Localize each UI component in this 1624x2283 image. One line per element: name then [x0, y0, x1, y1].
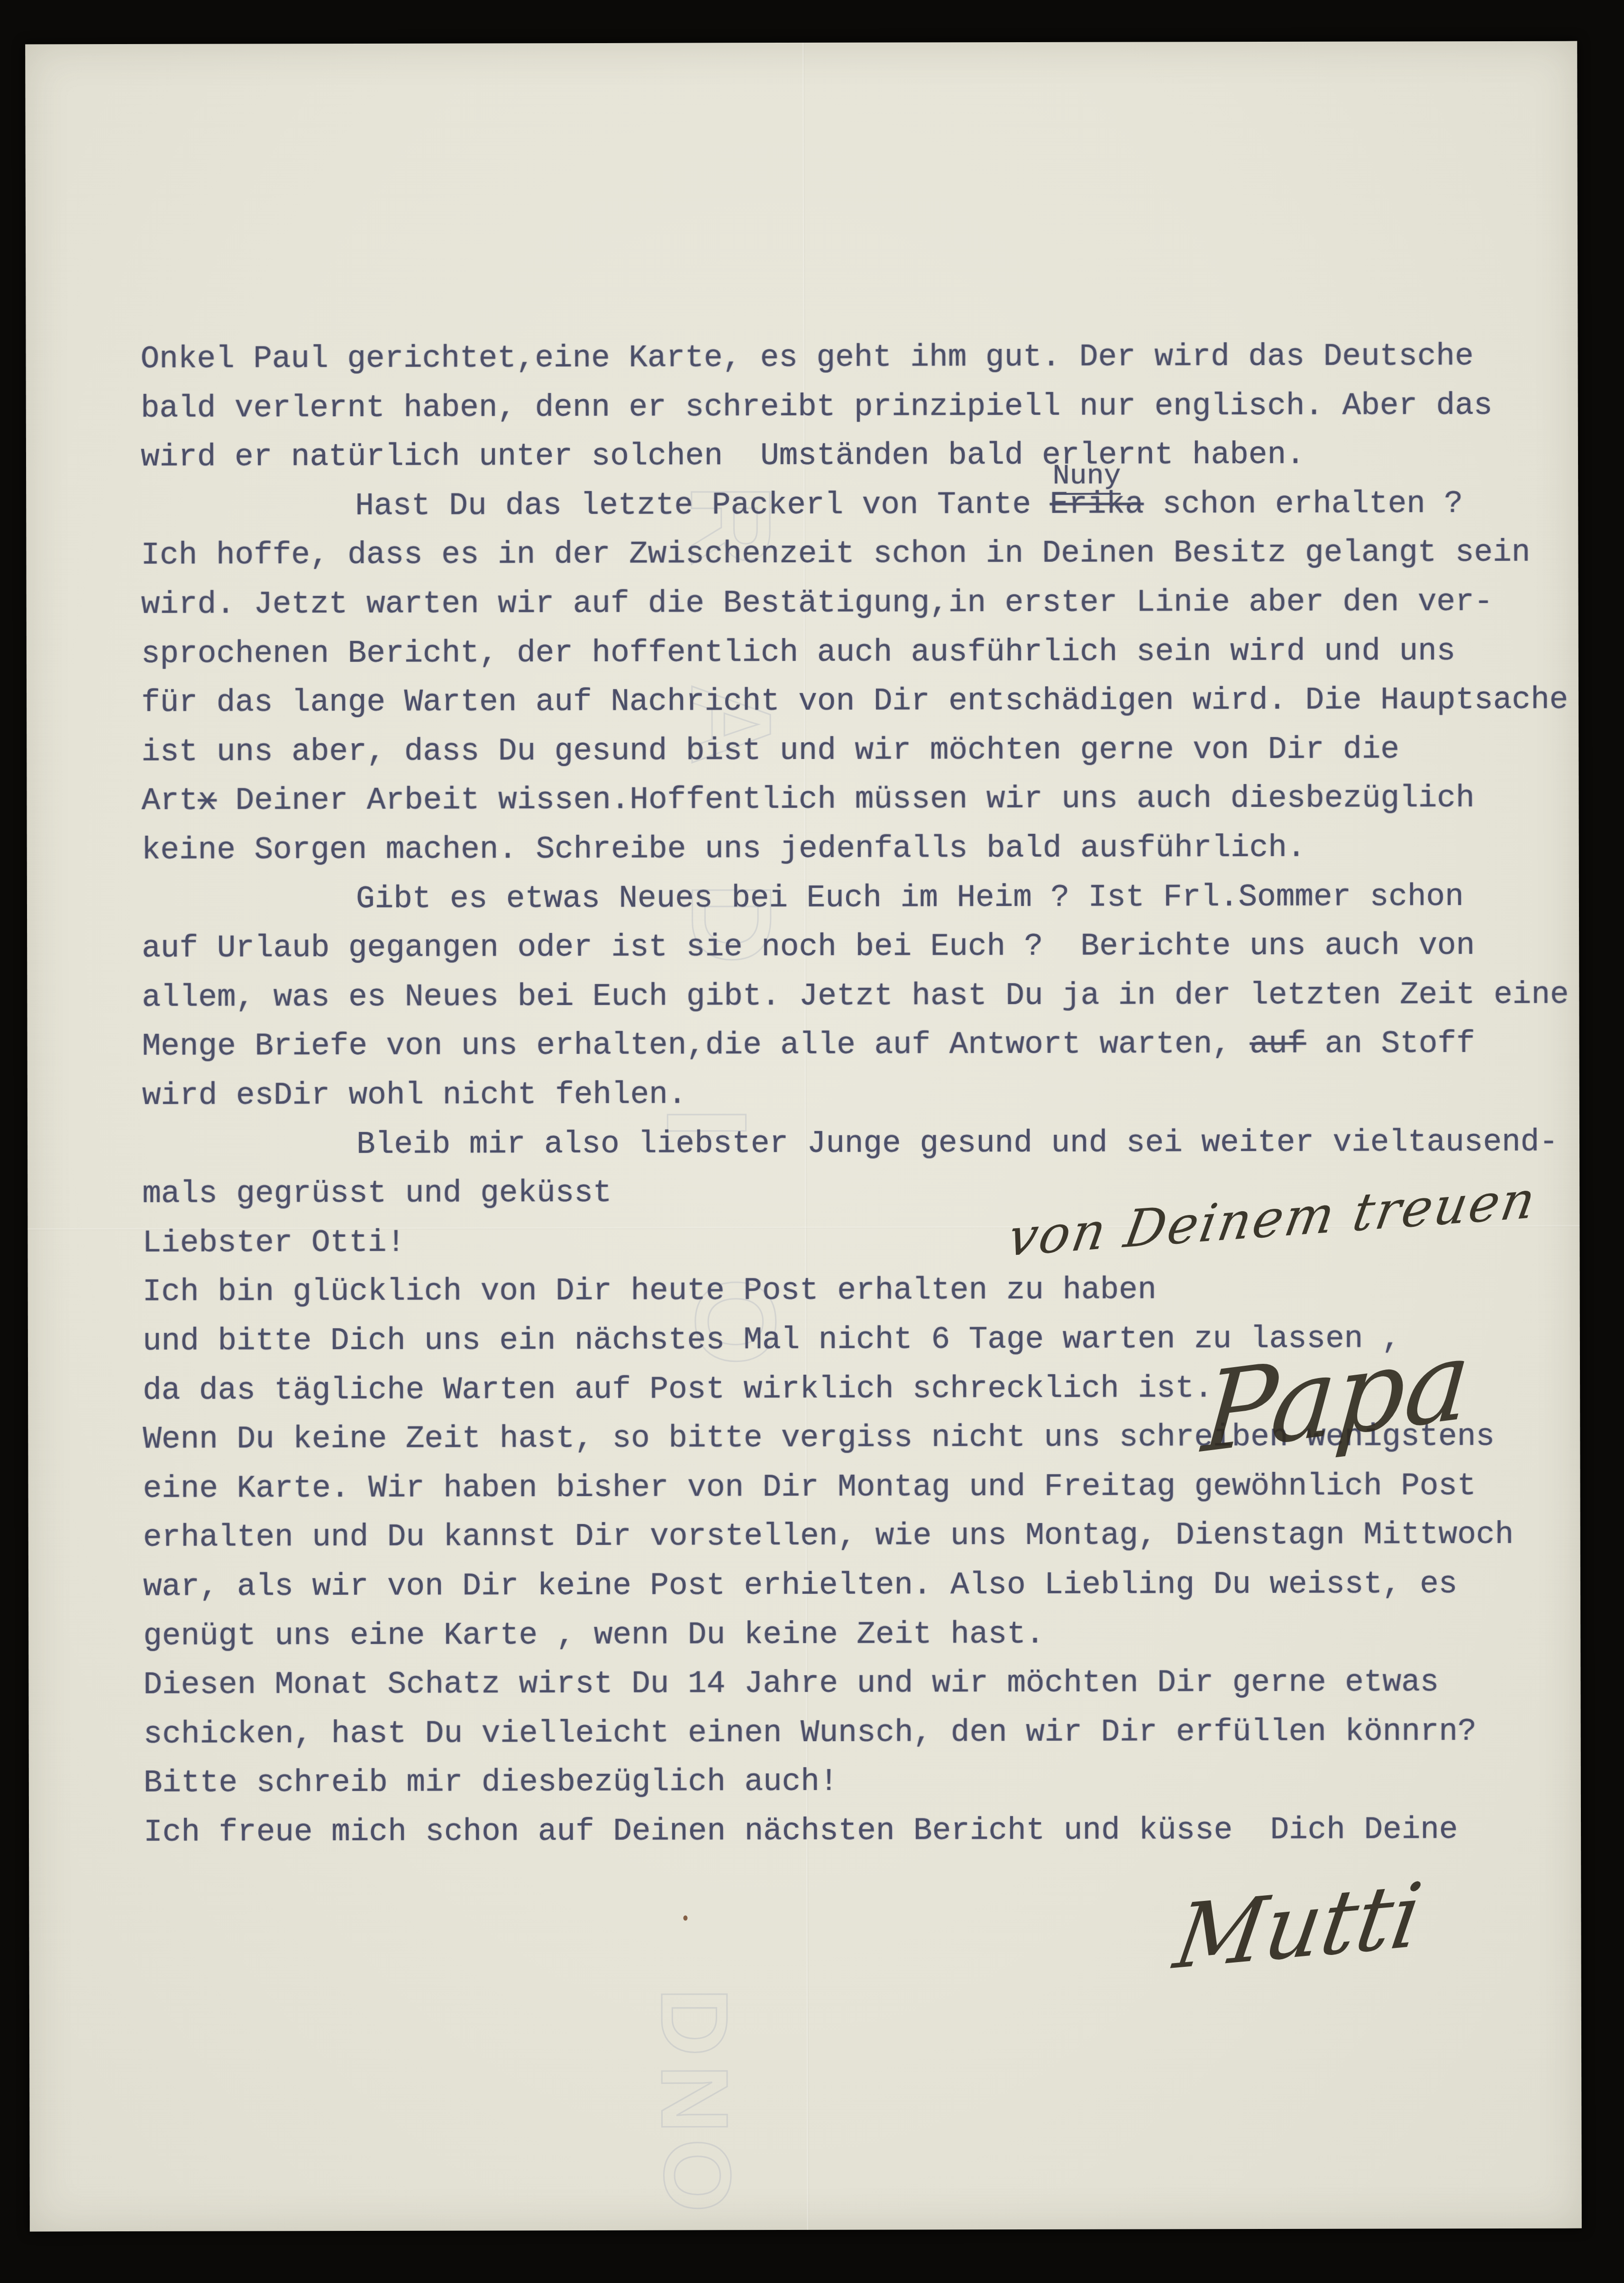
typed-line: Liebster Otti!: [142, 1227, 405, 1259]
typed-line: Ich freue mich schon auf Deinen nächsten…: [144, 1814, 1458, 1848]
typed-line: Ich hoffe, dass es in der Zwischenzeit s…: [141, 537, 1530, 571]
typed-line: war, als wir von Dir keine Post erhielte…: [143, 1569, 1458, 1603]
typed-line: auf Urlaub gegangen oder ist sie noch be…: [142, 930, 1475, 964]
typed-line: erhalten und Du kannst Dir vorstellen, w…: [143, 1519, 1514, 1553]
typed-line: wird. Jetzt warten wir auf die Bestätigu…: [141, 586, 1493, 621]
typed-line: sprochenen Bericht, der hoffentlich auch…: [141, 636, 1456, 670]
typed-line: Onkel Paul gerichtet,eine Karte, es geht…: [140, 341, 1473, 375]
typed-line: bald verlernt haben, denn er schreibt pr…: [141, 390, 1493, 424]
typed-line: Diesen Monat Schatz wirst Du 14 Jahre un…: [143, 1667, 1439, 1701]
typed-line: keine Sorgen machen. Schreibe uns jedenf…: [142, 832, 1306, 866]
typed-line: Artx Deiner Arbeit wissen.Hoffentlich mü…: [141, 783, 1474, 817]
letter-page: RADIO DNO Onkel Paul gerichtet,eine Kart…: [25, 41, 1582, 2232]
typed-line: wird esDir wohl nicht fehlen.: [142, 1079, 687, 1112]
typed-line: Menge Briefe von uns erhalten,die alle a…: [142, 1028, 1475, 1062]
typed-insertion: Nuny: [1052, 461, 1121, 495]
typed-line: genügt uns eine Karte , wenn Du keine Ze…: [143, 1619, 1044, 1652]
typed-line: ist uns aber, dass Du gesund bist und wi…: [141, 734, 1399, 768]
scan-background: RADIO DNO Onkel Paul gerichtet,eine Kart…: [0, 0, 1624, 2283]
typed-line: wird er natürlich unter solchen Umstände…: [141, 439, 1305, 473]
typed-line: Gibt es etwas Neues bei Euch im Heim ? I…: [356, 881, 1464, 915]
typed-line: schicken, hast Du vielleicht einen Wunsc…: [144, 1716, 1477, 1750]
typed-line: allem, was es Neues bei Euch gibt. Jetzt…: [142, 979, 1569, 1014]
typed-line: Bleib mir also liebster Junge gesund und…: [356, 1127, 1558, 1160]
typed-line: Hast Du das letzte Packerl von Tante Nun…: [355, 488, 1463, 522]
typed-line: Ich bin glücklich von Dir heute Post erh…: [143, 1274, 1157, 1307]
typed-line: eine Karte. Wir haben bisher von Dir Mon…: [143, 1470, 1476, 1505]
typed-line: Bitte schreib mir diesbezüglich auch!: [144, 1766, 839, 1799]
typed-line: da das tägliche Warten auf Post wirklich…: [143, 1373, 1213, 1406]
typed-line: mals gegrüsst und geküsst: [142, 1178, 611, 1210]
typed-line: für das lange Warten auf Nachricht von D…: [141, 685, 1568, 719]
struck-word: x: [198, 783, 217, 819]
struck-word: auf: [1250, 1026, 1306, 1062]
